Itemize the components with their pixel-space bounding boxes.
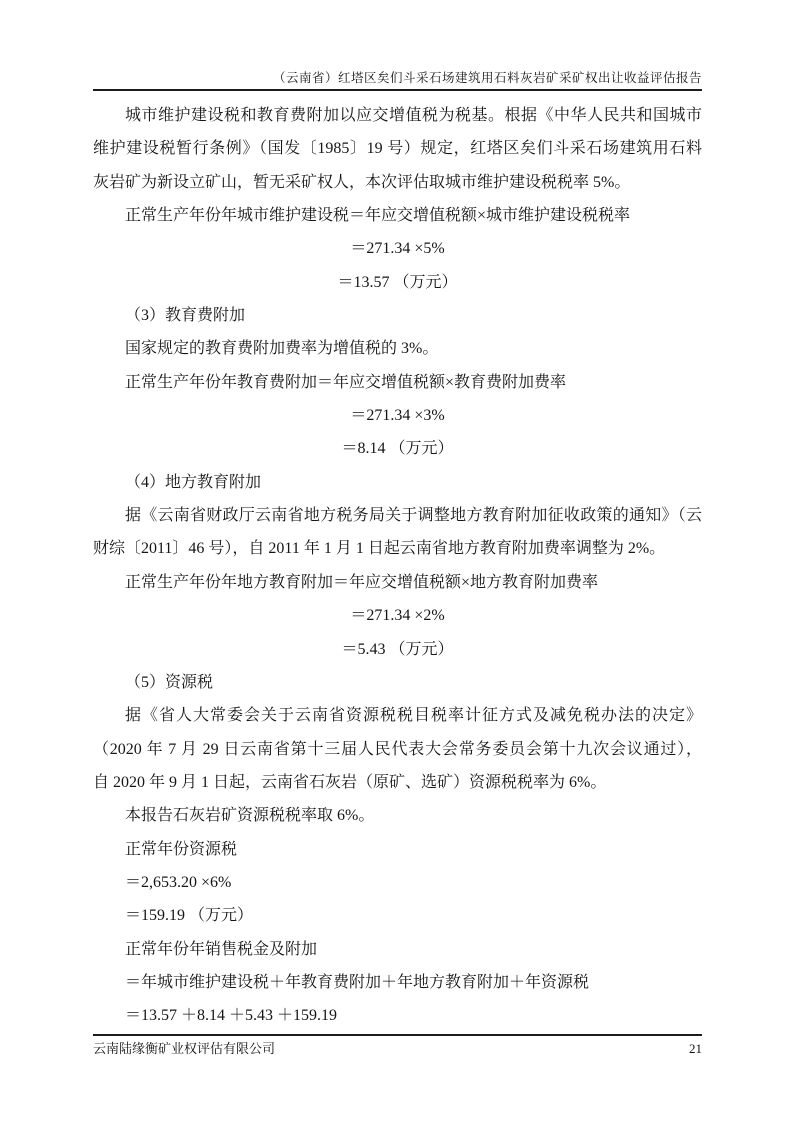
document-line: 正常年份资源税 (93, 833, 702, 866)
header-title: （云南省）红塔区矣们斗采石场建筑用石料灰岩矿采矿权出让收益评估报告 (273, 71, 702, 85)
document-line: 本报告石灰岩矿资源税税率取 6%。 (93, 799, 702, 832)
document-line: 据《省人大常委会关于云南省资源税税目税率计征方式及减免税办法的决定》 (93, 699, 702, 732)
footer-company: 云南陆缘衡矿业权评估有限公司 (93, 1041, 275, 1057)
document-line: ＝5.43 （万元） (93, 633, 702, 666)
document-line: （5）资源税 (93, 666, 702, 699)
document-line: 国家规定的教育费附加费率为增值税的 3%。 (93, 332, 702, 365)
page-header: （云南省）红塔区矣们斗采石场建筑用石料灰岩矿采矿权出让收益评估报告 (93, 70, 702, 91)
document-line: ＝271.34 ×3% (93, 399, 702, 432)
document-line: ＝年城市维护建设税＋年教育费附加＋年地方教育附加＋年资源税 (93, 966, 702, 999)
document-line: ＝13.57 （万元） (93, 266, 702, 299)
document-line: ＝2,653.20 ×6% (93, 866, 702, 899)
document-line: 维护建设税暂行条例》（国发〔1985〕19 号）规定，红塔区矣们斗采石场建筑用石… (93, 132, 702, 165)
page-footer: 云南陆缘衡矿业权评估有限公司 21 (93, 1034, 702, 1057)
document-line: ＝8.14 （万元） (93, 432, 702, 465)
document-line: ＝13.57 ＋8.14 ＋5.43 ＋159.19 (93, 999, 702, 1032)
document-line: ＝159.19 （万元） (93, 899, 702, 932)
document-line: （2020 年 7 月 29 日云南省第十三届人民代表大会常务委员会第十九次会议… (93, 733, 702, 766)
document-line: 城市维护建设税和教育费附加以应交增值税为税基。根据《中华人民共和国城市 (93, 99, 702, 132)
document-line: 据《云南省财政厅云南省地方税务局关于调整地方教育附加征收政策的通知》（云 (93, 499, 702, 532)
document-line: 正常生产年份年教育费附加＝年应交增值税额×教育费附加费率 (93, 366, 702, 399)
document-body: 城市维护建设税和教育费附加以应交增值税为税基。根据《中华人民共和国城市维护建设税… (93, 99, 702, 1033)
page-number: 21 (689, 1041, 702, 1057)
document-line: ＝271.34 ×5% (93, 232, 702, 265)
document-line: ＝271.34 ×2% (93, 599, 702, 632)
document-line: 正常年份年销售税金及附加 (93, 933, 702, 966)
document-line: （4）地方教育附加 (93, 466, 702, 499)
document-line: 正常生产年份年城市维护建设税＝年应交增值税额×城市维护建设税税率 (93, 199, 702, 232)
document-line: 自 2020 年 9 月 1 日起，云南省石灰岩（原矿、选矿）资源税税率为 6%… (93, 766, 702, 799)
document-line: 财综〔2011〕46 号），自 2011 年 1 月 1 日起云南省地方教育附加… (93, 532, 702, 565)
document-line: （3）教育费附加 (93, 299, 702, 332)
document-line: 灰岩矿为新设立矿山，暂无采矿权人，本次评估取城市维护建设税税率 5%。 (93, 166, 702, 199)
document-line: 正常生产年份年地方教育附加＝年应交增值税额×地方教育附加费率 (93, 566, 702, 599)
document-page: （云南省）红塔区矣们斗采石场建筑用石料灰岩矿采矿权出让收益评估报告 城市维护建设… (0, 0, 794, 1123)
